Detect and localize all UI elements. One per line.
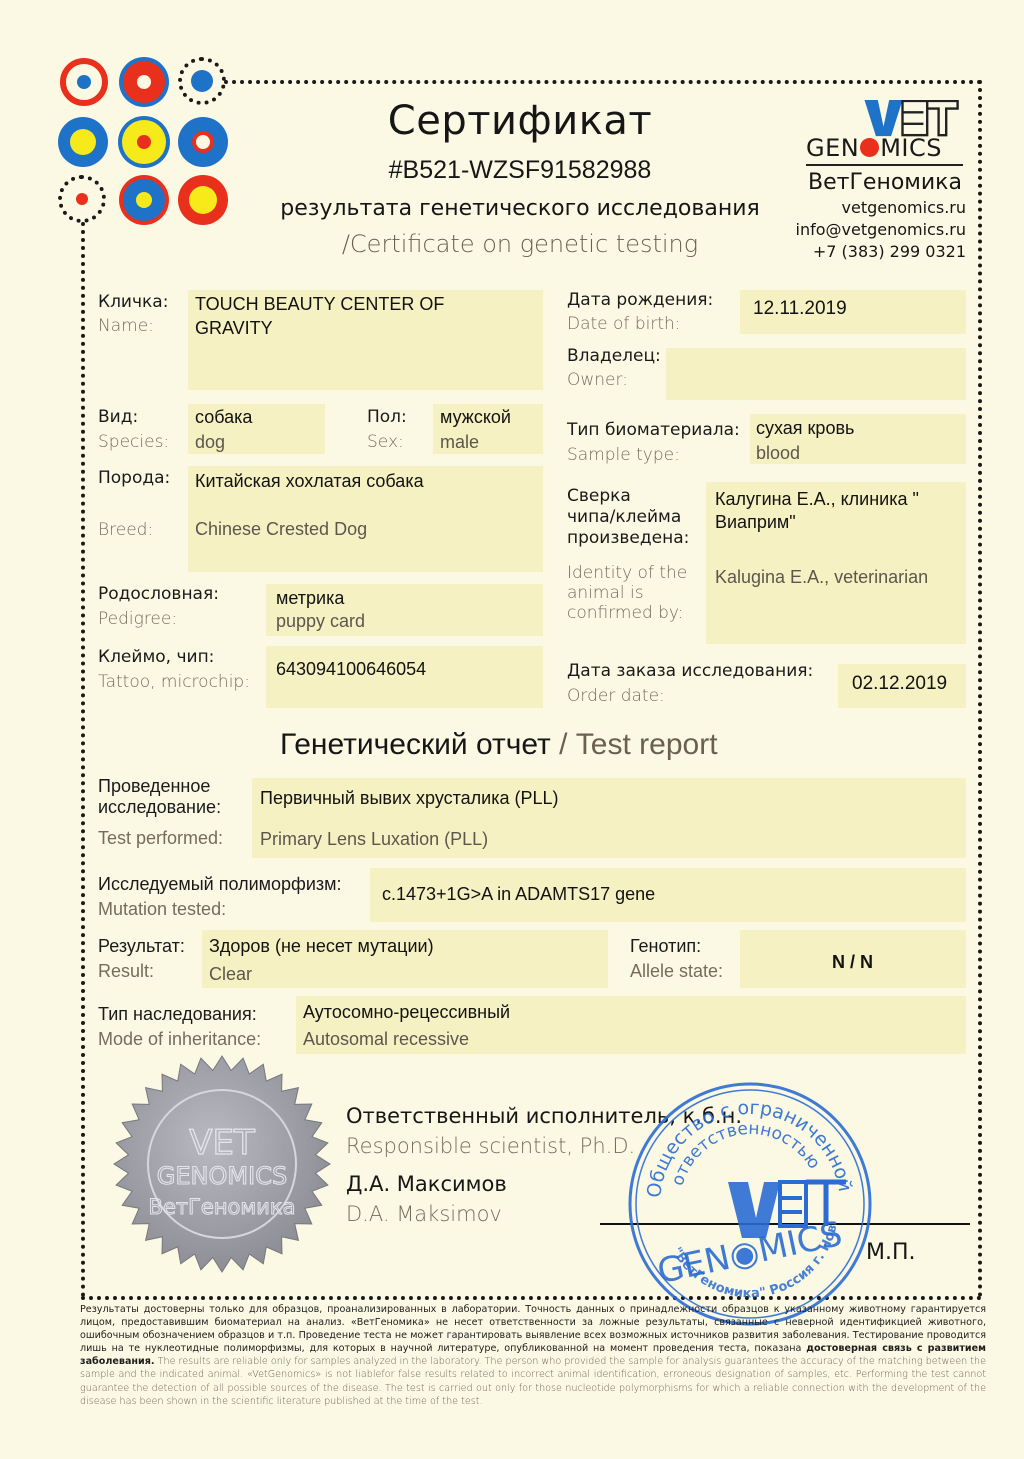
frame-left-border	[81, 222, 85, 1298]
breed-label-en: Breed:	[98, 518, 153, 542]
sex-label-ru: Пол:	[367, 405, 407, 429]
species-value-en: dog	[195, 430, 225, 454]
identity-value-ru-2: Виаприм"	[715, 510, 796, 534]
genomics-logo-text: GENMICS	[806, 134, 942, 162]
identity-value-en: Kalugina E.A., veterinarian	[715, 565, 928, 589]
test-label-ru-2: исследование:	[98, 796, 221, 818]
inheritance-label-en: Mode of inheritance:	[98, 1027, 261, 1051]
frame-right-border	[978, 80, 982, 1298]
stamp-place-label: М.П.	[866, 1240, 916, 1265]
inheritance-value-en: Autosomal recessive	[303, 1027, 469, 1051]
identity-label-en-2: animal is	[567, 583, 644, 603]
svg-text:VET: VET	[189, 1123, 255, 1163]
result-label-en: Result:	[98, 959, 154, 983]
frame-top-border	[224, 80, 982, 84]
result-value-ru: Здоров (не несет мутации)	[209, 934, 434, 958]
inheritance-value-ru: Аутосомно-рецессивный	[303, 1000, 510, 1024]
sex-value-en: male	[440, 430, 479, 454]
dob-label-ru: Дата рождения:	[567, 288, 713, 312]
breed-value-en: Chinese Crested Dog	[195, 517, 367, 541]
test-value-ru: Первичный вывих хрусталика (PLL)	[260, 786, 559, 810]
identity-label-ru-3: произведена:	[567, 528, 689, 549]
sex-value-ru: мужской	[440, 405, 511, 429]
brand-website: vetgenomics.ru	[842, 198, 966, 217]
species-label-en: Species:	[98, 430, 169, 454]
sex-label-en: Sex:	[367, 430, 404, 454]
name-value-line1: TOUCH BEAUTY CENTER OF	[195, 292, 444, 316]
report-title-ru: Генетический отчет	[280, 728, 551, 761]
name-label-en: Name:	[98, 314, 154, 338]
pedigree-value-ru: метрика	[276, 586, 344, 610]
brand-name-ru: ВетГеномика	[806, 170, 964, 195]
chip-label-en: Tattoo, microchip:	[98, 670, 250, 694]
name-value-line2: GRAVITY	[195, 316, 273, 340]
embossed-seal-icon: VET GENOMICS ВетГеномика	[112, 1050, 332, 1278]
sample-value-en: blood	[756, 441, 800, 465]
breed-label-ru: Порода:	[98, 466, 170, 490]
disclaimer-text: Результаты достоверны только для образцо…	[80, 1303, 986, 1408]
species-value-ru: собака	[195, 405, 252, 429]
signatory-role-en: Responsible scientist, Ph.D.	[346, 1134, 635, 1158]
order-date-label-en: Order date:	[567, 684, 665, 708]
result-label-ru: Результат:	[98, 934, 185, 958]
genotype-label-en: Allele state:	[630, 959, 723, 983]
chip-label-ru: Клеймо, чип:	[98, 645, 214, 669]
sample-label-ru: Тип биоматериала:	[567, 418, 740, 442]
species-label-ru: Вид:	[98, 405, 138, 429]
pedigree-label-ru: Родословная:	[98, 582, 219, 606]
test-label-ru-1: Проведенное	[98, 776, 210, 796]
pedigree-value-en: puppy card	[276, 609, 365, 633]
test-label-en: Test performed:	[98, 826, 223, 850]
identity-label-en-3: confirmed by:	[567, 603, 683, 623]
report-title-en: / Test report	[551, 728, 718, 761]
certificate-subtitle: результата генетического исследования	[260, 196, 780, 221]
sample-value-ru: сухая кровь	[756, 416, 854, 440]
identity-label-en-1: Identity of the	[567, 563, 687, 583]
genotype-label-ru: Генотип:	[630, 934, 701, 958]
brand-phone: +7 (383) 299 0321	[813, 242, 966, 261]
signatory-name-ru: Д.А. Максимов	[346, 1172, 507, 1196]
signatory-name-en: D.A. Maksimov	[346, 1202, 502, 1226]
owner-field-box	[666, 348, 966, 400]
certificate-title: Сертификат	[260, 98, 780, 144]
mutation-label-ru: Исследуемый полиморфизм:	[98, 872, 342, 896]
order-date-value: 02.12.2019	[852, 672, 947, 696]
identity-label-ru-2: чипа/клейма	[567, 507, 681, 528]
mutation-label-en: Mutation tested:	[98, 897, 226, 921]
certificate-page: Сертификат #B521-WZSF91582988 результата…	[0, 0, 1024, 1459]
brand-email: info@vetgenomics.ru	[796, 220, 967, 239]
genotype-value: N / N	[832, 950, 873, 974]
certificate-number: #B521-WZSF91582988	[260, 156, 780, 185]
disclaimer-en: The results are reliable only for sample…	[80, 1356, 986, 1406]
svg-text:GENOMICS: GENOMICS	[157, 1162, 287, 1190]
owner-label-ru: Владелец:	[567, 344, 661, 368]
result-value-en: Clear	[209, 962, 252, 986]
breed-value-ru: Китайская хохлатая собака	[195, 469, 424, 493]
brand-divider	[806, 164, 963, 166]
order-date-label-ru: Дата заказа исследования:	[567, 659, 813, 683]
chip-value: 643094100646054	[276, 657, 426, 681]
owner-label-en: Owner:	[567, 368, 628, 392]
identity-value-ru-1: Калугина Е.А., клиника "	[715, 487, 919, 511]
svg-text:ВетГеномика: ВетГеномика	[149, 1195, 296, 1219]
pedigree-label-en: Pedigree:	[98, 607, 177, 631]
report-title: Генетический отчет / Test report	[280, 728, 718, 762]
sample-label-en: Sample type:	[567, 443, 680, 467]
test-value-en: Primary Lens Luxation (PLL)	[260, 827, 488, 851]
company-stamp-icon: Общество с ограниченной ответственностью…	[624, 1078, 876, 1330]
inheritance-label-ru: Тип наследования:	[98, 1002, 257, 1026]
mutation-value: c.1473+1G>A in ADAMTS17 gene	[382, 882, 655, 906]
name-label-ru: Кличка:	[98, 290, 168, 314]
identity-label-ru-1: Сверка	[567, 486, 631, 507]
dob-value: 12.11.2019	[753, 297, 847, 321]
certificate-subtitle-en: /Certificate on genetic testing	[260, 230, 780, 258]
vet-logo-icon	[862, 100, 962, 138]
dob-label-en: Date of birth:	[567, 312, 681, 336]
